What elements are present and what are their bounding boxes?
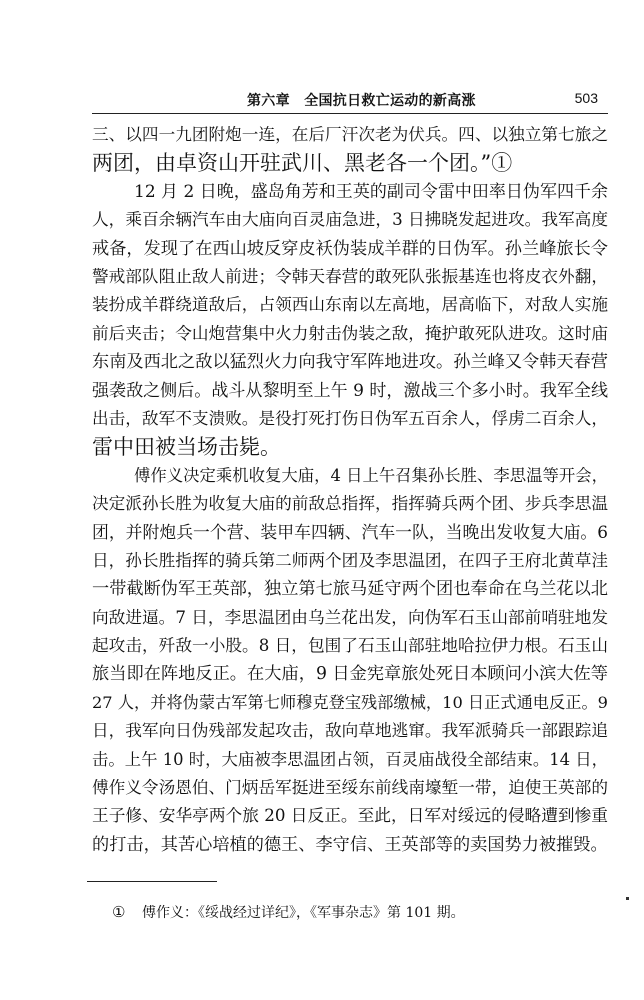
- text-line: 出击，敌军不支溃败。是役打死打伤日伪军五百余人，俘虏二百余人，: [92, 405, 608, 433]
- text-line: 27 人，并将伪蒙古军第七师穆克登宝残部缴械，10 日正式通电反正。9: [92, 689, 608, 717]
- text-line: 12 月 2 日晚，盛岛角芳和王英的副司令雷中田率日伪军四千余: [92, 178, 608, 206]
- text-line: 人，乘百余辆汽车由大庙向百灵庙急进，3 日拂晓发起进攻。我军高度: [92, 206, 608, 234]
- text-line: 王子修、安华亭两个旅 20 日反正。至此，日军对绥远的侵略遭到惨重: [92, 802, 608, 830]
- scan-speck: [626, 897, 629, 900]
- footnote-text: 傅作义：《绥战经过详纪》，《军事杂志》第 101 期。: [142, 902, 465, 922]
- header-rule: [92, 113, 608, 114]
- chapter-title: 第六章 全国抗日救亡运动的新高涨: [247, 90, 476, 110]
- text-line: 三、以四一九团附炮一连，在后厂汗次老为伏兵。四、以独立第七旅之: [92, 121, 608, 149]
- footnote-rule: [87, 881, 217, 882]
- text-line: 起攻击，歼敌一小股。8 日，包围了石玉山部驻地哈拉伊力根。石玉山: [92, 632, 608, 660]
- text-line: 强袭敌之侧后。战斗从黎明至上午 9 时，激战三个多小时。我军全线: [92, 377, 608, 405]
- book-page: 第六章 全国抗日救亡运动的新高涨 503 三、以四一九团附炮一连，在后厂汗次老为…: [0, 0, 644, 1000]
- text-line: 东南及西北之敌以猛烈火力向我守军阵地进攻。孙兰峰又令韩天春营: [92, 348, 608, 376]
- text-line: 一带截断伪军王英部，独立第七旅马延守两个团也奉命在乌兰花以北: [92, 575, 608, 603]
- text-line: 前后夹击；令山炮营集中火力射击伪装之敌，掩护敢死队进攻。这时庙: [92, 320, 608, 348]
- body-text: 三、以四一九团附炮一连，在后厂汗次老为伏兵。四、以独立第七旅之两团，由卓资山开驻…: [92, 121, 608, 859]
- footnote-mark: ①: [112, 903, 142, 921]
- text-line: 警戒部队阻止敌人前进；令韩天春营的敢死队张振基连也将皮衣外翻，: [92, 263, 608, 291]
- text-line: 日，孙长胜指挥的骑兵第二师两个团及李思温团，在四子王府北黄草洼: [92, 547, 608, 575]
- text-line: 团，并附炮兵一个营、装甲车四辆、汽车一队，当晚出发收复大庙。6: [92, 518, 608, 546]
- text-line: 雷中田被当场击毙。: [92, 433, 608, 461]
- text-line: 傅作义决定乘机收复大庙，4 日上午召集孙长胜、李思温等开会，: [92, 462, 608, 490]
- text-line: 旅当即在阵地反正。在大庙，9 日金宪章旅处死日本顾问小滨大佐等: [92, 660, 608, 688]
- text-line: 装扮成羊群绕道敌后，占领西山东南以左高地，居高临下，对敌人实施: [92, 291, 608, 319]
- text-line: 击。上午 10 时，大庙被李思温团占领，百灵庙战役全部结束。14 日，: [92, 746, 608, 774]
- text-line: 日，我军向日伪残部发起攻击，敌向草地逃窜。我军派骑兵一部跟踪追: [92, 717, 608, 745]
- text-line: 戒备，发现了在西山坡反穿皮袄伪装成羊群的日伪军。孙兰峰旅长令: [92, 235, 608, 263]
- page-number: 503: [575, 90, 598, 106]
- text-line: 两团，由卓资山开驻武川、黑老各一个团。”①: [92, 149, 608, 177]
- text-line: 向敌进逼。7 日，李思温团由乌兰花出发，向伪军石玉山部前哨驻地发: [92, 604, 608, 632]
- text-line: 决定派孙长胜为收复大庙的前敌总指挥，指挥骑兵两个团、步兵李思温: [92, 490, 608, 518]
- footnote: ① 傅作义：《绥战经过详纪》，《军事杂志》第 101 期。: [112, 902, 465, 922]
- text-line: 的打击，其苦心培植的德王、李守信、王英部等的卖国势力被摧毁。: [92, 831, 608, 859]
- running-head: 第六章 全国抗日救亡运动的新高涨 503: [92, 88, 608, 110]
- text-line: 傅作义令汤恩伯、门炳岳军挺进至绥东前线南壕堑一带，迫使王英部的: [92, 774, 608, 802]
